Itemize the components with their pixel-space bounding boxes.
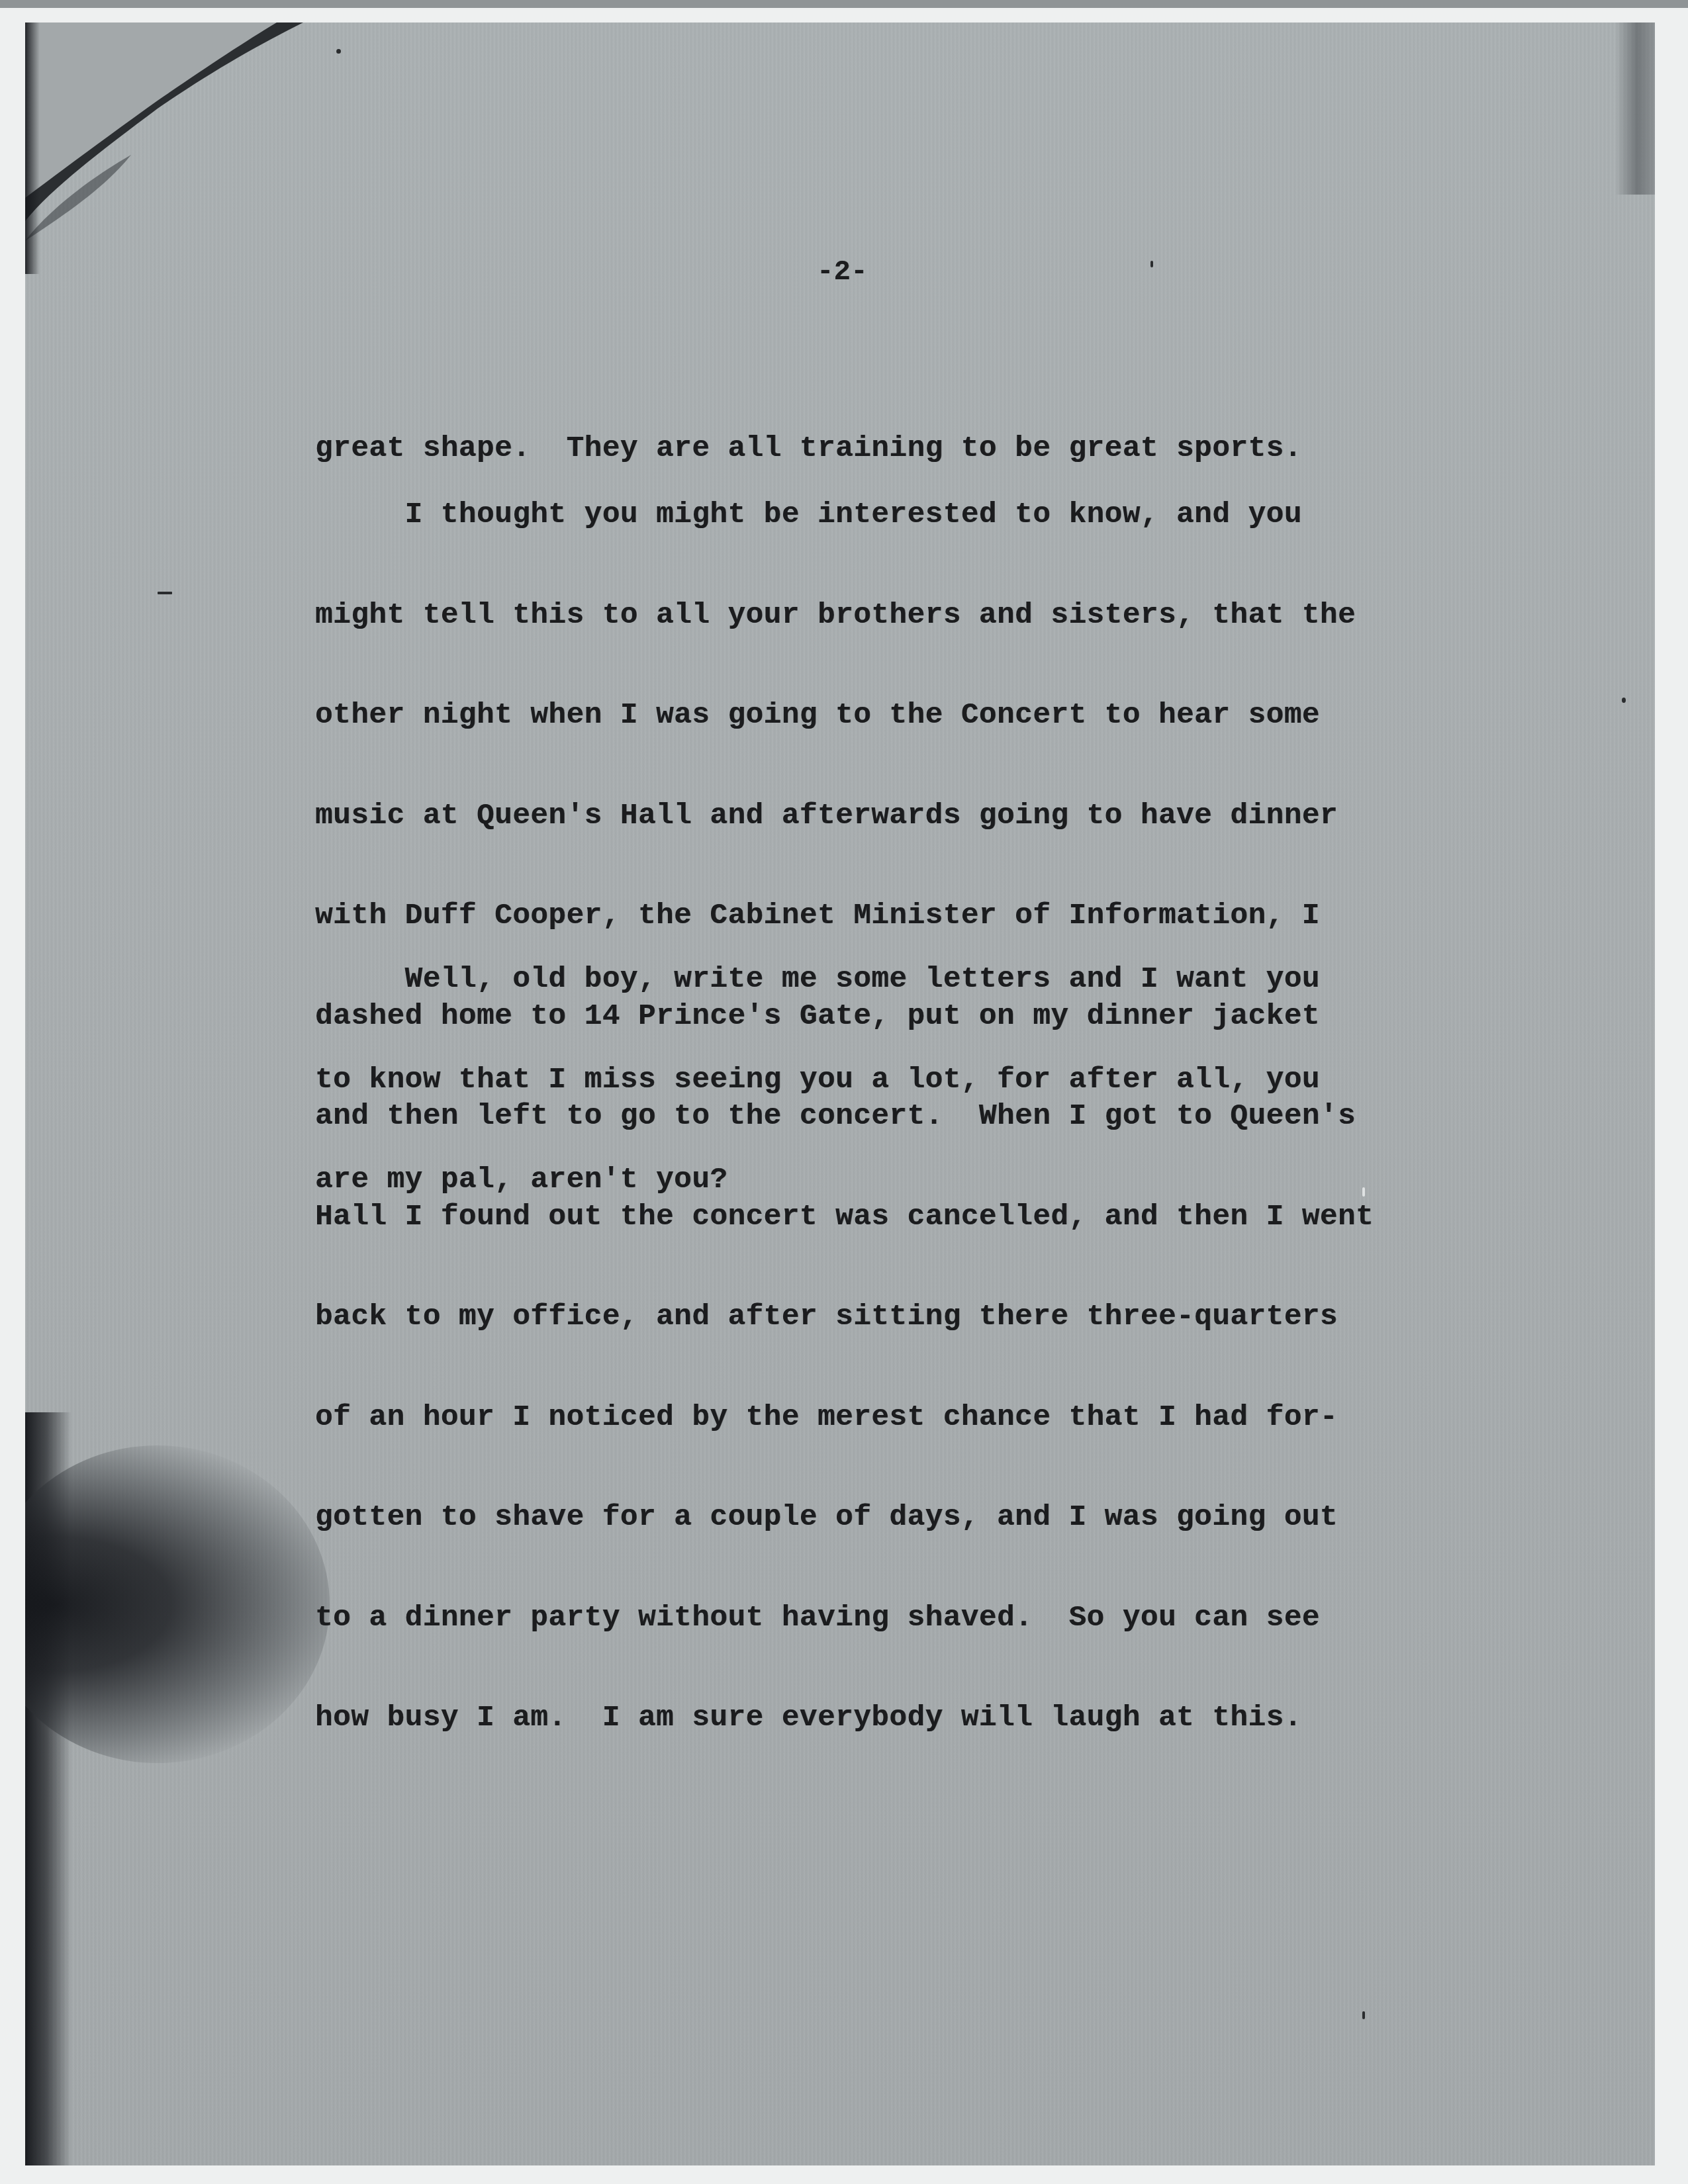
scan-speck (1622, 698, 1626, 703)
paragraph-3: Well, old boy, write me some letters and… (315, 896, 1320, 1264)
scan-speck (158, 592, 172, 594)
text-line: might tell this to all your brothers and… (315, 599, 1374, 633)
folded-corner-shadow (25, 23, 316, 241)
text-line: gotten to shave for a couple of days, an… (315, 1501, 1374, 1535)
left-edge-shadow-top (25, 23, 40, 274)
text-line: music at Queen's Hall and afterwards goi… (315, 799, 1374, 833)
page-number: -2- (817, 255, 868, 289)
text-line: how busy I am. I am sure everybody will … (315, 1702, 1374, 1735)
text-line: are my pal, aren't you? (315, 1163, 1320, 1197)
right-edge-shadow (1615, 23, 1655, 195)
text-line: I thought you might be interested to kno… (315, 498, 1374, 532)
text-line: to a dinner party without having shaved.… (315, 1602, 1374, 1635)
letter-page: -2- great shape. They are all training t… (25, 23, 1655, 2165)
scan-speck (1362, 2011, 1365, 2019)
scan-speck (1150, 261, 1153, 267)
text-line: to know that I miss seeing you a lot, fo… (315, 1064, 1320, 1097)
scan-speck (336, 49, 341, 54)
text-line: of an hour I noticed by the merest chanc… (315, 1401, 1374, 1435)
scanner-top-edge (0, 0, 1688, 8)
text-line: back to my office, and after sitting the… (315, 1300, 1374, 1334)
left-edge-smudge (25, 1445, 330, 1763)
text-line: other night when I was going to the Conc… (315, 699, 1374, 733)
text-line: Well, old boy, write me some letters and… (315, 963, 1320, 997)
